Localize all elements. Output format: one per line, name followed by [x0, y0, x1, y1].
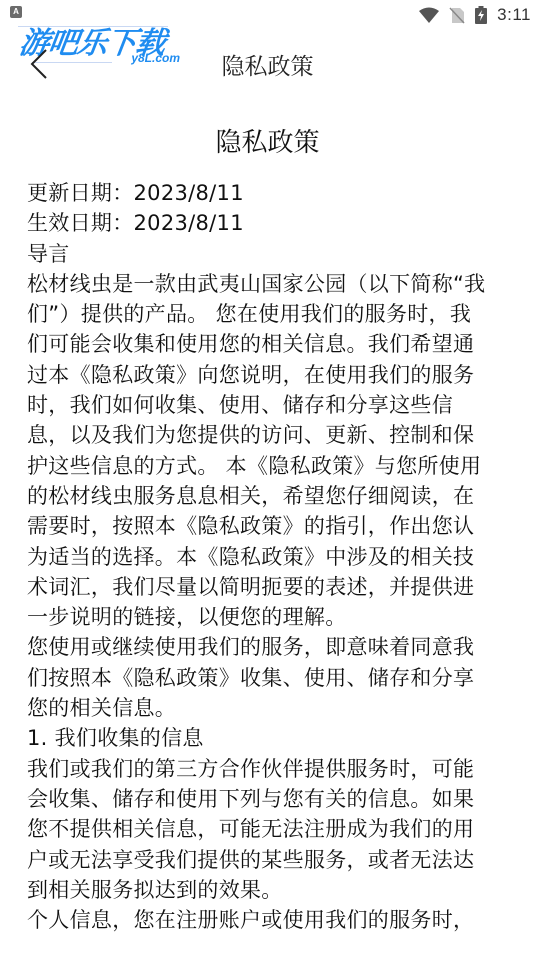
app-header: 隐私政策 — [0, 30, 535, 98]
status-icons: 3:11 — [419, 0, 535, 30]
document-line: 时，我们如何收集、使用、储存和分享这些信 — [27, 390, 517, 420]
document-line: 们按照本《隐私政策》收集、使用、储存和分享 — [27, 663, 517, 693]
document-line: 息，以及我们为您提供的访问、更新、控制和保 — [27, 420, 517, 450]
document-line: 们可能会收集和使用您的相关信息。我们希望通 — [27, 329, 517, 359]
document-line: 户或无法享受我们提供的某些服务，或者无法达 — [27, 845, 517, 875]
document-body: 更新日期：2023/8/11生效日期：2023/8/11导言松材线虫是一款由武夷… — [27, 178, 517, 935]
document-line: 您使用或继续使用我们的服务，即意味着同意我 — [27, 632, 517, 662]
document-line: 的松材线虫服务息息相关，希望您仔细阅读，在 — [27, 481, 517, 511]
document-line: 术词汇，我们尽量以简明扼要的表述，并提供进 — [27, 572, 517, 602]
policy-document: 隐私政策 更新日期：2023/8/11生效日期：2023/8/11导言松材线虫是… — [27, 118, 517, 935]
document-line: 需要时，按照本《隐私政策》的指引，作出您认 — [27, 511, 517, 541]
document-title: 隐私政策 — [0, 118, 535, 168]
document-line: 松材线虫是一款由武夷山国家公园（以下简称“我 — [27, 269, 517, 299]
document-line: 会收集、储存和使用下列与您有关的信息。如果 — [27, 784, 517, 814]
document-line: 过本《隐私政策》向您说明，在使用我们的服务 — [27, 360, 517, 390]
document-line: 为适当的选择。本《隐私政策》中涉及的相关技 — [27, 542, 517, 572]
document-line: 我们或我们的第三方合作伙伴提供服务时，可能 — [27, 754, 517, 784]
page-title: 隐私政策 — [0, 48, 535, 81]
document-line: 个人信息，您在注册账户或使用我们的服务时， — [27, 905, 517, 935]
clock: 3:11 — [497, 5, 531, 25]
document-line: 们”）提供的产品。 您在使用我们的服务时，我 — [27, 299, 517, 329]
document-line: 生效日期：2023/8/11 — [27, 208, 517, 238]
document-line: 一步说明的链接，以便您的理解。 — [27, 602, 517, 632]
battery-charging-icon — [475, 6, 487, 24]
document-line: 您不提供相关信息，可能无法注册成为我们的用 — [27, 814, 517, 844]
document-line: 1. 我们收集的信息 — [27, 723, 517, 753]
no-sim-icon — [449, 7, 465, 24]
document-line: 到相关服务拟达到的效果。 — [27, 875, 517, 905]
document-line: 护这些信息的方式。 本《隐私政策》与您所使用 — [27, 451, 517, 481]
wifi-icon — [419, 7, 439, 23]
document-line: 导言 — [27, 239, 517, 269]
document-line: 您的相关信息。 — [27, 693, 517, 723]
document-line: 更新日期：2023/8/11 — [27, 178, 517, 208]
